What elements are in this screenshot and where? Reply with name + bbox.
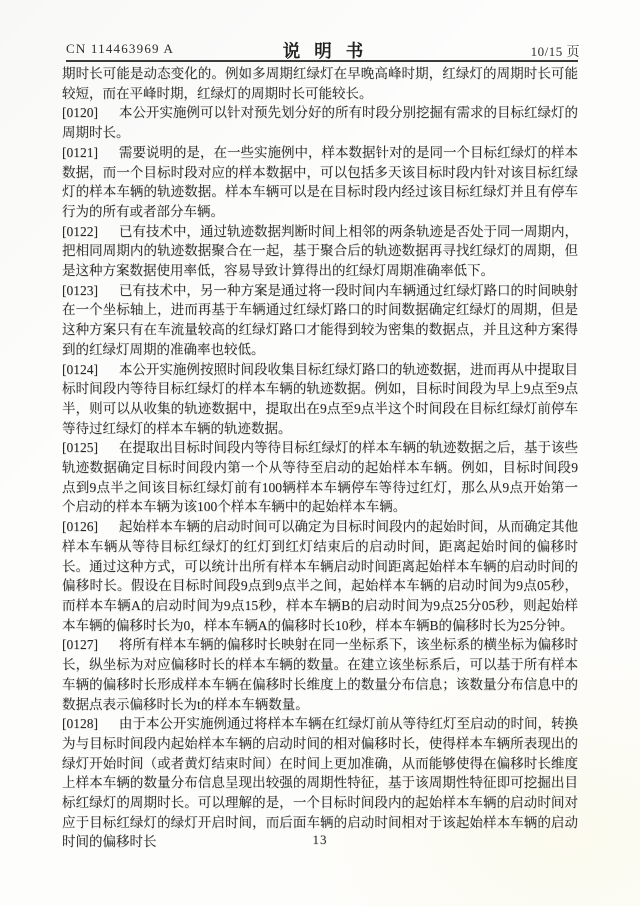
paragraph-tag: [0126] (62, 519, 98, 534)
paragraph-text: 将所有样本车辆的偏移时长映射在同一坐标系下，该坐标系的横坐标为偏移时长，纵坐标为… (62, 637, 578, 711)
paragraph-tag: [0123] (62, 283, 98, 298)
paragraph-0123: [0123]已有技术中，另一种方案是通过将一段时间内车辆通过红绿灯路口的时间映射… (62, 281, 578, 360)
page-number: 13 (313, 832, 328, 847)
paragraph-text: 起始样本车辆的启动时间可以确定为目标时间段内的起始时间，从而确定其他样本车辆从等… (62, 519, 578, 633)
paragraph-tag: [0120] (62, 105, 98, 120)
paragraph-tag: [0121] (62, 145, 98, 160)
specification-body: 期时长可能是动态变化的。例如多周期红绿灯在早晚高峰时期，红绿灯的周期时长可能较短… (62, 64, 578, 852)
header-divider (66, 60, 578, 62)
paragraph-0120: [0120]本公开实施例可以针对预先划分好的所有时段分别挖掘有需求的目标红绿灯的… (62, 103, 578, 142)
paragraph-text: 已有技术中，另一种方案是通过将一段时间内车辆通过红绿灯路口的时间映射在一个坐标轴… (62, 283, 578, 357)
paragraph-continuation: 期时长可能是动态变化的。例如多周期红绿灯在早晚高峰时期，红绿灯的周期时长可能较短… (62, 64, 578, 103)
paragraph-0126: [0126]起始样本车辆的启动时间可以确定为目标时间段内的起始时间，从而确定其他… (62, 517, 578, 635)
page-header: CN 114463969 A 说明书 10/15 页 (66, 38, 580, 60)
paragraph-0124: [0124]本公开实施例按照时间段收集目标红绿灯路口的轨迹数据，进而再从中提取目… (62, 360, 578, 439)
paragraph-text: 已有技术中，通过轨迹数据判断时间上相邻的两条轨迹是否处于同一周期内，把相同周期内… (62, 224, 578, 278)
paragraph-0122: [0122]已有技术中，通过轨迹数据判断时间上相邻的两条轨迹是否处于同一周期内，… (62, 222, 578, 281)
paragraph-tag: [0127] (62, 637, 98, 652)
paragraph-0121: [0121]需要说明的是，在一些实施例中，样本数据针对的是同一个目标红绿灯的样本… (62, 143, 578, 222)
paragraph-tag: [0124] (62, 362, 98, 377)
paragraph-0127: [0127]将所有样本车辆的偏移时长映射在同一坐标系下，该坐标系的横坐标为偏移时… (62, 635, 578, 714)
paragraph-text: 由于本公开实施例通过将样本车辆在红绿灯前从等待红灯至启动的时间，转换为与目标时间… (62, 716, 578, 849)
paragraph-tag: [0128] (62, 716, 98, 731)
page-indicator: 10/15 页 (531, 41, 580, 60)
paragraph-text: 期时长可能是动态变化的。例如多周期红绿灯在早晚高峰时期，红绿灯的周期时长可能较短… (62, 66, 578, 101)
paragraph-0125: [0125]在提取出目标时间段内等待目标红绿灯的样本车辆的轨迹数据之后，基于该些… (62, 438, 578, 517)
patent-specification-page: CN 114463969 A 说明书 10/15 页 期时长可能是动态变化的。例… (0, 0, 640, 906)
paragraph-tag: [0122] (62, 224, 98, 239)
page-footer: 13 (0, 831, 640, 849)
paragraph-text: 本公开实施例按照时间段收集目标红绿灯路口的轨迹数据，进而再从中提取目标时间段内等… (62, 362, 578, 436)
paragraph-text: 本公开实施例可以针对预先划分好的所有时段分别挖掘有需求的目标红绿灯的周期时长。 (62, 105, 578, 140)
publication-number: CN 114463969 A (66, 41, 174, 57)
paragraph-text: 在提取出目标时间段内等待目标红绿灯的样本车辆的轨迹数据之后，基于该些轨迹数据确定… (62, 440, 578, 514)
paragraph-tag: [0125] (62, 440, 98, 455)
paragraph-text: 需要说明的是，在一些实施例中，样本数据针对的是同一个目标红绿灯的样本数据，而一个… (62, 145, 578, 219)
